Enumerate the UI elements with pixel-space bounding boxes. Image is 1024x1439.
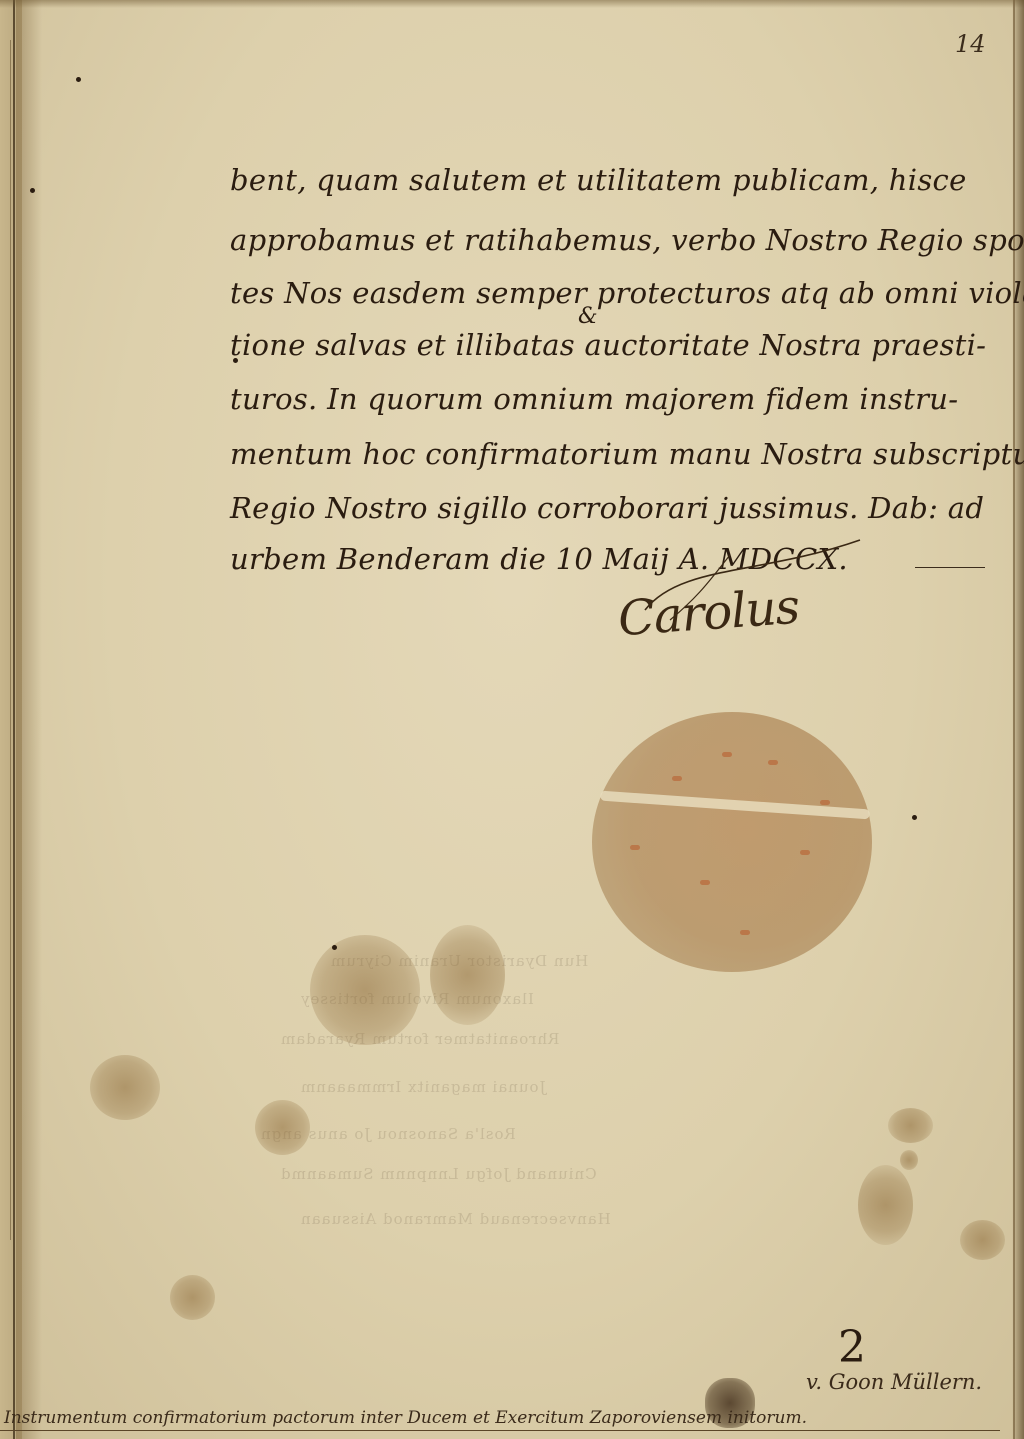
text-line: tione salvas et illibatas auctoritate No… [230,328,986,362]
line-filler-rule [915,567,985,568]
ink-dot [332,945,337,950]
bleed-through-text: Hanvsecrenaud Mamranod Aissuaan [300,1210,611,1228]
manuscript-page: Hun Dyaristor Uranim Ciyrum Ilaxonum Riv… [0,0,1024,1439]
text-line: bent, quam salutem et utilitatem publica… [230,163,967,197]
water-stain [310,935,420,1045]
fold-shadow [16,0,42,1439]
water-stain [900,1150,918,1170]
endorsement-number: 2 [838,1322,866,1373]
water-stain [888,1108,933,1143]
seal-fleck [740,930,750,935]
ink-dot [233,358,238,363]
folio-number: 14 [955,30,986,58]
text-line: approbamus et ratihabemus, verbo Nostro … [230,223,1024,257]
top-edge [0,0,1024,8]
ink-dot [912,815,917,820]
seal-fleck [672,776,682,781]
archivist-signature: v. Goon Müllern. [806,1370,982,1394]
water-stain [170,1275,215,1320]
bleed-through-text: Rhroanitatmer fortum Ryaradam [280,1030,559,1048]
right-edge-shadow [1012,0,1024,1439]
water-stain [858,1165,913,1245]
ink-dot [30,188,35,193]
interlinear-insertion: & [578,304,598,329]
bleed-through-text: Jounai maganitx Irmmaaanm [300,1078,546,1096]
text-line: mentum hoc confirmatorium manu Nostra su… [230,437,1024,471]
wax-seal [592,712,872,972]
water-stain [255,1100,310,1155]
seal-fleck [700,880,710,885]
water-stain [960,1220,1005,1260]
seal-fleck [722,752,732,757]
endorsement-title: Instrumentum confirmatorium pactorum int… [4,1408,807,1428]
ink-dot [76,77,81,82]
text-line: turos. In quorum omnium majorem fidem in… [230,382,958,416]
seal-fleck [630,845,640,850]
water-stain [430,925,505,1025]
seal-fleck [768,760,778,765]
endorsement-underline [0,1430,1000,1431]
royal-signature: Carolus [616,579,801,647]
text-line: Regio Nostro sigillo corroborari jussimu… [230,491,984,525]
seal-fleck [820,800,830,805]
water-stain [90,1055,160,1120]
binding-edge-line [13,0,15,1439]
text-line: tes Nos easdem semper protecturos atq ab… [230,276,1024,310]
bleed-through-text: Cniunand Jofgu Lnnpnnm Sumaanmd [280,1165,597,1183]
seal-fleck [800,850,810,855]
binding-edge-line [10,40,11,1240]
